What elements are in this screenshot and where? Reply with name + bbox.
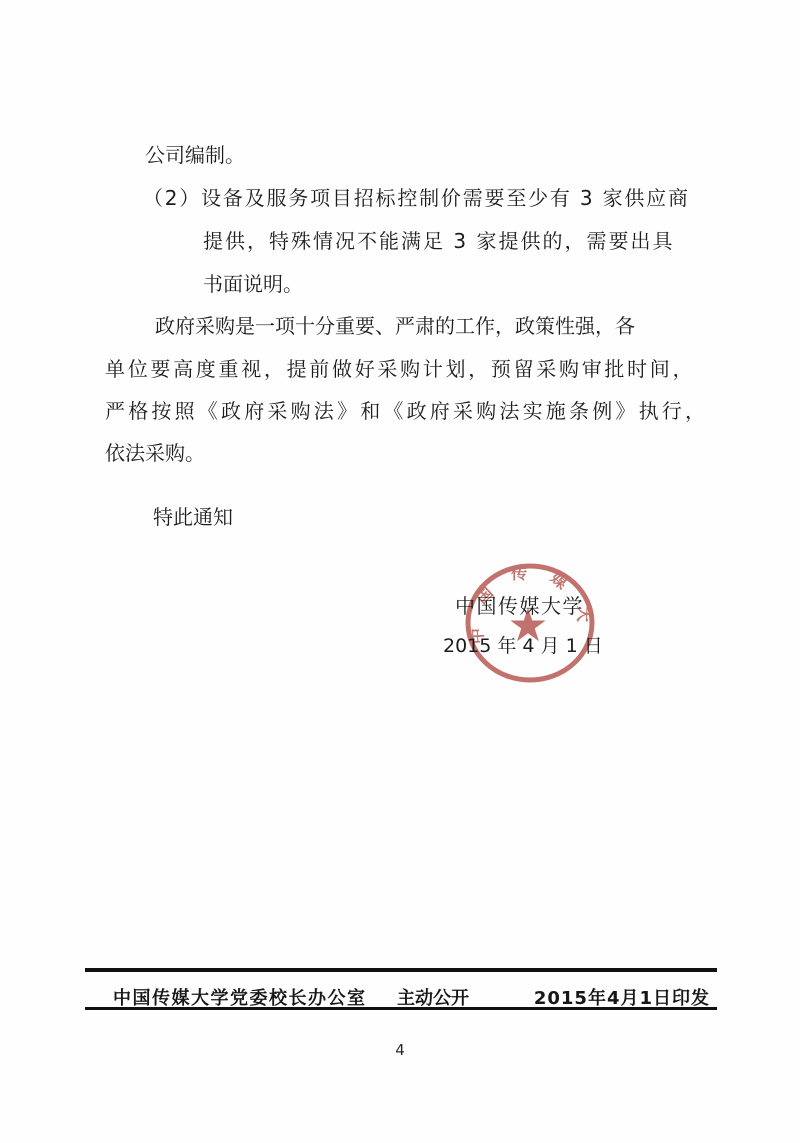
official-seal-stamp: 中国传媒大学 ★ (461, 559, 599, 687)
page-number: 4 (0, 1041, 800, 1059)
footer-disclosure: 主动公开 (397, 984, 469, 1010)
footer-bar: 中国传媒大学党委校长办公室 主动公开 2015年4月1日印发 (85, 968, 717, 1010)
footer-issuer: 中国传媒大学党委校长办公室 (113, 984, 367, 1010)
document-page: 公司编制。 （2）设备及服务项目招标控制价需要至少有 3 家供应商 提供，特殊情… (0, 0, 800, 1143)
footer-print-date: 2015年4月1日印发 (534, 984, 710, 1010)
body-line-1: 公司编制。 (145, 142, 245, 168)
signature-org: 中国传媒大学 (455, 590, 584, 619)
closing-notice: 特此通知 (153, 504, 233, 530)
body-line-6: 单位要高度重视，提前做好采购计划，预留采购审批时间， (105, 356, 695, 382)
signature-date: 2015 年 4 月 1 日 (443, 631, 603, 658)
body-line-5: 政府采购是一项十分重要、严肃的工作，政策性强，各 (155, 313, 635, 339)
body-line-3: 提供，特殊情况不能满足 3 家提供的，需要出具 (203, 228, 674, 254)
body-line-4: 书面说明。 (203, 271, 303, 297)
body-line-2: （2）设备及服务项目招标控制价需要至少有 3 家供应商 (143, 185, 690, 211)
body-line-7: 严格按照《政府采购法》和《政府采购法实施条例》执行， (105, 398, 708, 424)
body-line-8: 依法采购。 (105, 440, 205, 466)
footer-rule-top (85, 968, 717, 972)
